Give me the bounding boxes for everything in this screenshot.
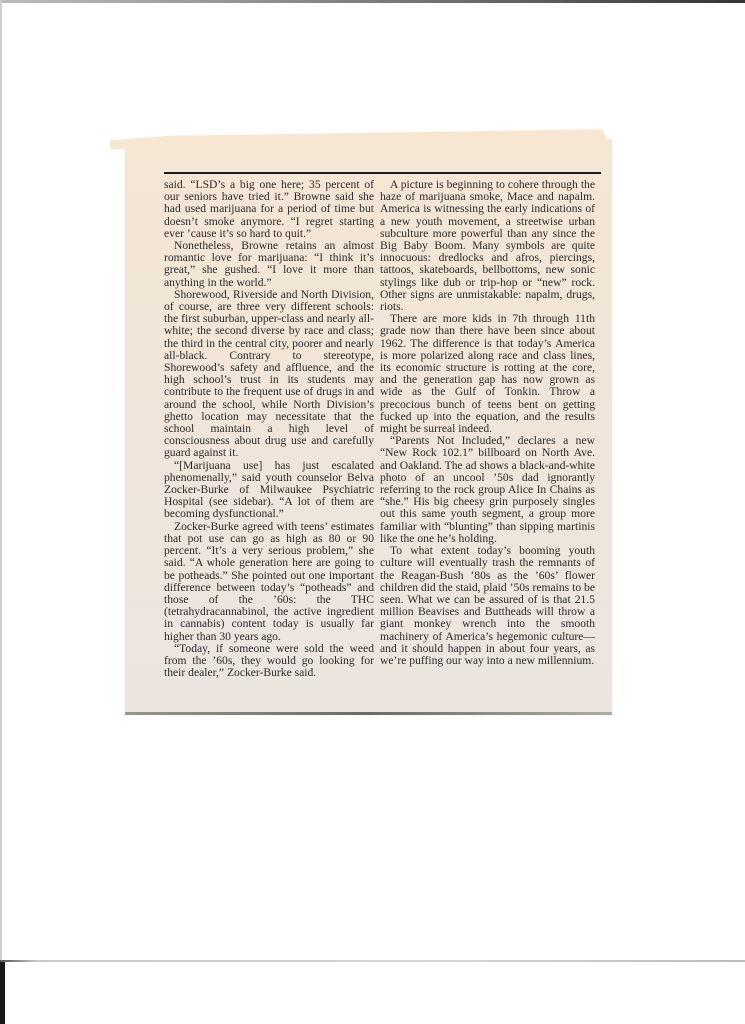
scanner-top-edge (0, 0, 745, 3)
scanner-left-shadow-strip (0, 962, 5, 1024)
paragraph: There are more kids in 7th through 11th … (380, 313, 595, 435)
paragraph: A picture is beginning to cohere through… (380, 179, 595, 313)
article-column-left: said. “LSD’s a big one here; 35 percent … (164, 179, 374, 679)
article-column-right: A picture is beginning to cohere through… (380, 179, 595, 667)
paragraph: “Today, if someone were sold the weed fr… (164, 643, 374, 680)
paragraph: Zocker-Burke agreed with teens’ estimate… (164, 521, 374, 643)
paragraph: “[Marijuana use] has just escalated phen… (164, 460, 374, 521)
newspaper-clipping: said. “LSD’s a big one here; 35 percent … (125, 139, 612, 713)
paragraph: Nonetheless, Browne retains an almost ro… (164, 240, 374, 289)
scanner-left-edge (0, 0, 2, 960)
paragraph: Shorewood, Riverside and North Division,… (164, 289, 374, 460)
paragraph: “Parents Not Included,” declares a new “… (380, 435, 595, 545)
paragraph: said. “LSD’s a big one here; 35 percent … (164, 179, 374, 240)
paragraph: To what extent today’s booming youth cul… (380, 545, 595, 667)
column-top-rule (164, 172, 601, 174)
scanner-page-bottom-edge (0, 960, 745, 962)
